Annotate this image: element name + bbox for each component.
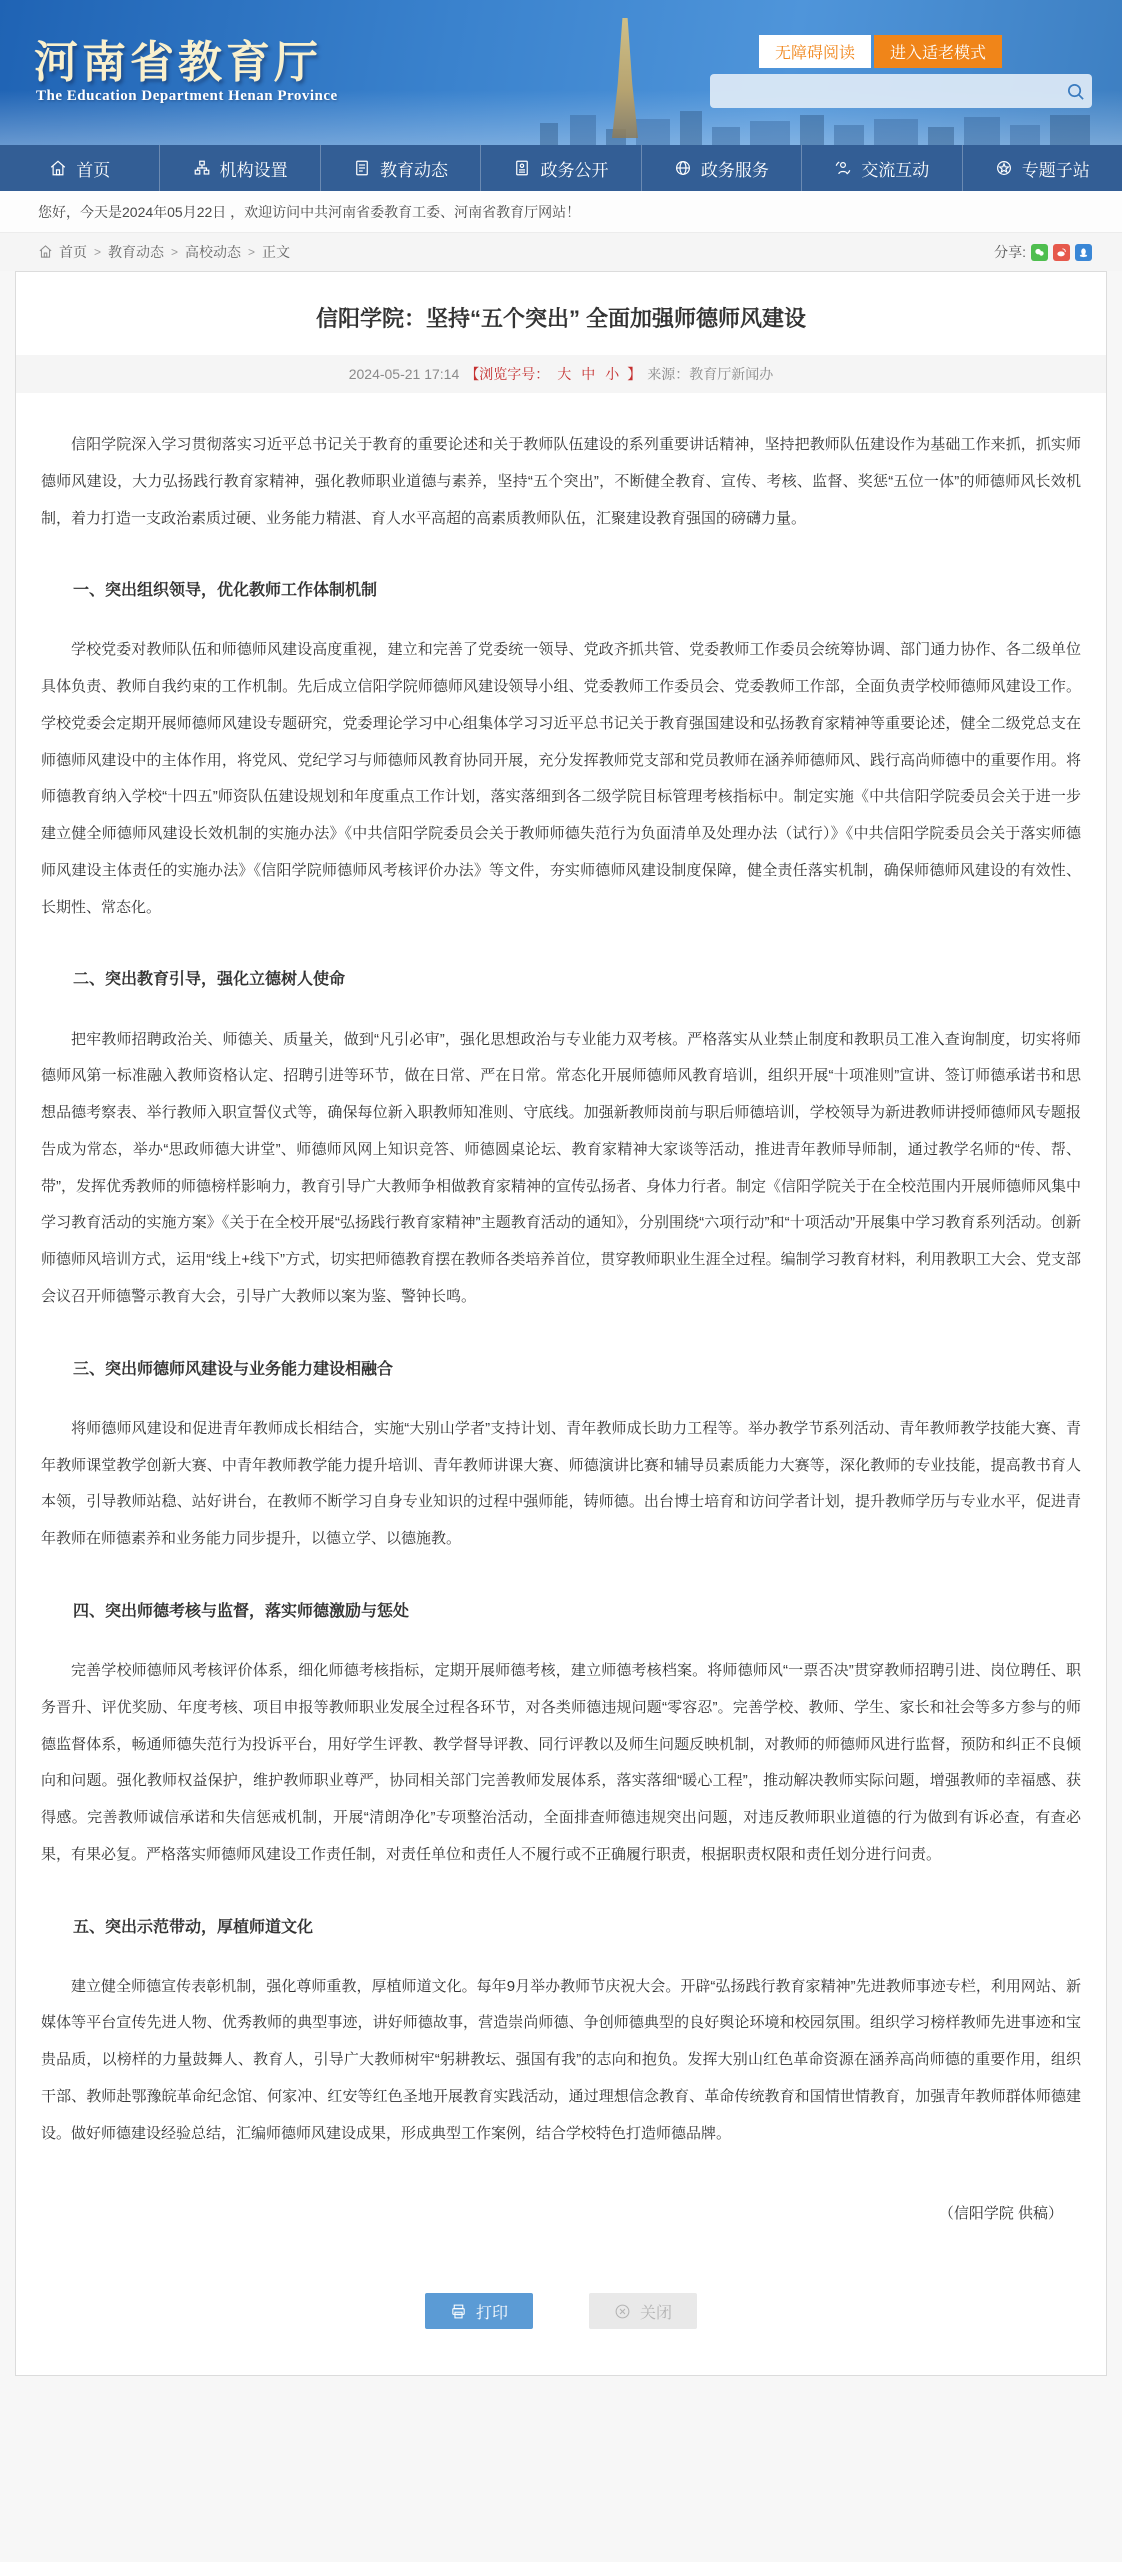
nav-item-home[interactable]: 首页 — [0, 145, 159, 191]
close-circle-icon — [614, 2303, 631, 2320]
share-bar: 分享: — [994, 242, 1092, 262]
site-title: 河南省教育厅 — [34, 26, 322, 90]
nav-label: 政务服务 — [701, 156, 769, 181]
header-tower-silhouette — [612, 18, 638, 138]
breadcrumb-item-education-news[interactable]: 教育动态 — [108, 242, 164, 262]
greeting-bar: 您好，今天是2024年05月22日 ，欢迎访问中共河南省委教育工委、河南省教育厅… — [0, 191, 1122, 233]
nav-label: 专题子站 — [1022, 156, 1090, 181]
nav-item-organization[interactable]: 机构设置 — [159, 145, 319, 191]
nav-label: 政务公开 — [540, 156, 608, 181]
article-paragraph: 信阳学院深入学习贯彻落实习近平总书记关于教育的重要论述和关于教师队伍建设的系列重… — [41, 427, 1081, 537]
breadcrumb-item-university-news[interactable]: 高校动态 — [185, 242, 241, 262]
nav-label: 首页 — [76, 156, 110, 181]
font-size-label-close: 】 — [627, 364, 641, 384]
accessibility-reading-button[interactable]: 无障碍阅读 — [759, 35, 871, 68]
article-paragraph: 完善学校师德师风考核评价体系，细化师德考核指标，定期开展师德考核，建立师德考核档… — [41, 1653, 1081, 1874]
article-body: 信阳学院深入学习贯彻落实习近平总书记关于教育的重要论述和关于教师队伍建设的系列重… — [16, 393, 1106, 2233]
site-header: 河南省教育厅 The Education Department Henan Pr… — [0, 0, 1122, 145]
qq-share-icon[interactable] — [1075, 244, 1092, 261]
font-size-small-button[interactable]: 小 — [605, 364, 619, 384]
elder-mode-button[interactable]: 进入适老模式 — [874, 35, 1002, 68]
section-heading-5: 五、突出示范带动，厚植师道文化 — [41, 1908, 1081, 1947]
article-source: 来源：教育厅新闻办 — [647, 364, 773, 384]
article-attribution: （信阳学院 供稿） — [41, 2196, 1081, 2233]
nav-label: 交流互动 — [861, 156, 929, 181]
print-button-label: 打印 — [476, 2300, 508, 2323]
article-meta: 2024-05-21 17:14 【浏览字号：大中小】 来源：教育厅新闻办 — [16, 355, 1106, 393]
globe-icon — [674, 159, 692, 177]
article-datetime: 2024-05-21 17:14 — [349, 366, 460, 382]
section-heading-1: 一、突出组织领导，优化教师工作体制机制 — [41, 571, 1081, 610]
nav-item-education-news[interactable]: 教育动态 — [320, 145, 480, 191]
search-input[interactable] — [710, 74, 1058, 108]
font-size-large-button[interactable]: 大 — [557, 364, 571, 384]
breadcrumb-separator: > — [94, 245, 101, 259]
section-heading-4: 四、突出师德考核与监督，落实师德激励与惩处 — [41, 1592, 1081, 1631]
article-paragraph: 学校党委对教师队伍和师德师风建设高度重视，建立和完善了党委统一领导、党政齐抓共管… — [41, 632, 1081, 926]
topic-site-icon — [995, 159, 1013, 177]
nav-label: 机构设置 — [220, 156, 288, 181]
org-icon — [193, 159, 211, 177]
breadcrumb-separator: > — [171, 245, 178, 259]
font-size-label-open: 【浏览字号： — [465, 364, 549, 384]
article-paragraph: 把牢教师招聘政治关、师德关、质量关，做到“凡引必审”，强化思想政治与专业能力双考… — [41, 1022, 1081, 1316]
nav-item-gov-disclosure[interactable]: 政务公开 — [480, 145, 640, 191]
section-heading-3: 三、突出师德师风建设与业务能力建设相融合 — [41, 1350, 1081, 1389]
breadcrumb-home-icon — [38, 244, 59, 260]
interaction-icon — [834, 159, 852, 177]
share-label: 分享: — [994, 242, 1026, 262]
article-title: 信阳学院：坚持“五个突出” 全面加强师德师风建设 — [16, 272, 1106, 355]
nav-label: 教育动态 — [380, 156, 448, 181]
weibo-share-icon[interactable] — [1053, 244, 1070, 261]
breadcrumb-separator: > — [248, 245, 255, 259]
news-doc-icon — [353, 159, 371, 177]
breadcrumb-item-current: 正文 — [262, 242, 290, 262]
home-icon — [49, 159, 67, 177]
site-subtitle: The Education Department Henan Province — [36, 88, 338, 105]
article-paragraph: 将师德师风建设和促进青年教师成长相结合，实施“大别山学者”支持计划、青年教师成长… — [41, 1411, 1081, 1558]
print-button[interactable]: 打印 — [425, 2293, 533, 2329]
breadcrumb-item-home[interactable]: 首页 — [59, 242, 87, 262]
search-bar — [710, 74, 1092, 108]
section-heading-2: 二、突出教育引导，强化立德树人使命 — [41, 960, 1081, 999]
article-paragraph: 建立健全师德宣传表彰机制，强化尊师重教，厚植师道文化。每年9月举办教师节庆祝大会… — [41, 1969, 1081, 2153]
printer-icon — [450, 2303, 467, 2320]
wechat-share-icon[interactable] — [1031, 244, 1048, 261]
article-card: 信阳学院：坚持“五个突出” 全面加强师德师风建设 2024-05-21 17:1… — [15, 271, 1107, 2376]
close-button-label: 关闭 — [640, 2300, 672, 2323]
nav-item-gov-services[interactable]: 政务服务 — [641, 145, 801, 191]
breadcrumb: 首页 > 教育动态 > 高校动态 > 正文 分享: — [0, 233, 1122, 271]
nav-item-interaction[interactable]: 交流互动 — [801, 145, 961, 191]
article-actions: 打印 关闭 — [16, 2293, 1106, 2329]
nav-item-topic-subsites[interactable]: 专题子站 — [962, 145, 1122, 191]
main-nav: 首页 机构设置 教育动态 政务公开 政务服务 交流互动 专题子站 — [0, 145, 1122, 191]
search-icon[interactable] — [1058, 74, 1092, 108]
gov-open-icon — [513, 159, 531, 177]
close-button[interactable]: 关闭 — [589, 2293, 697, 2329]
font-size-medium-button[interactable]: 中 — [581, 364, 595, 384]
